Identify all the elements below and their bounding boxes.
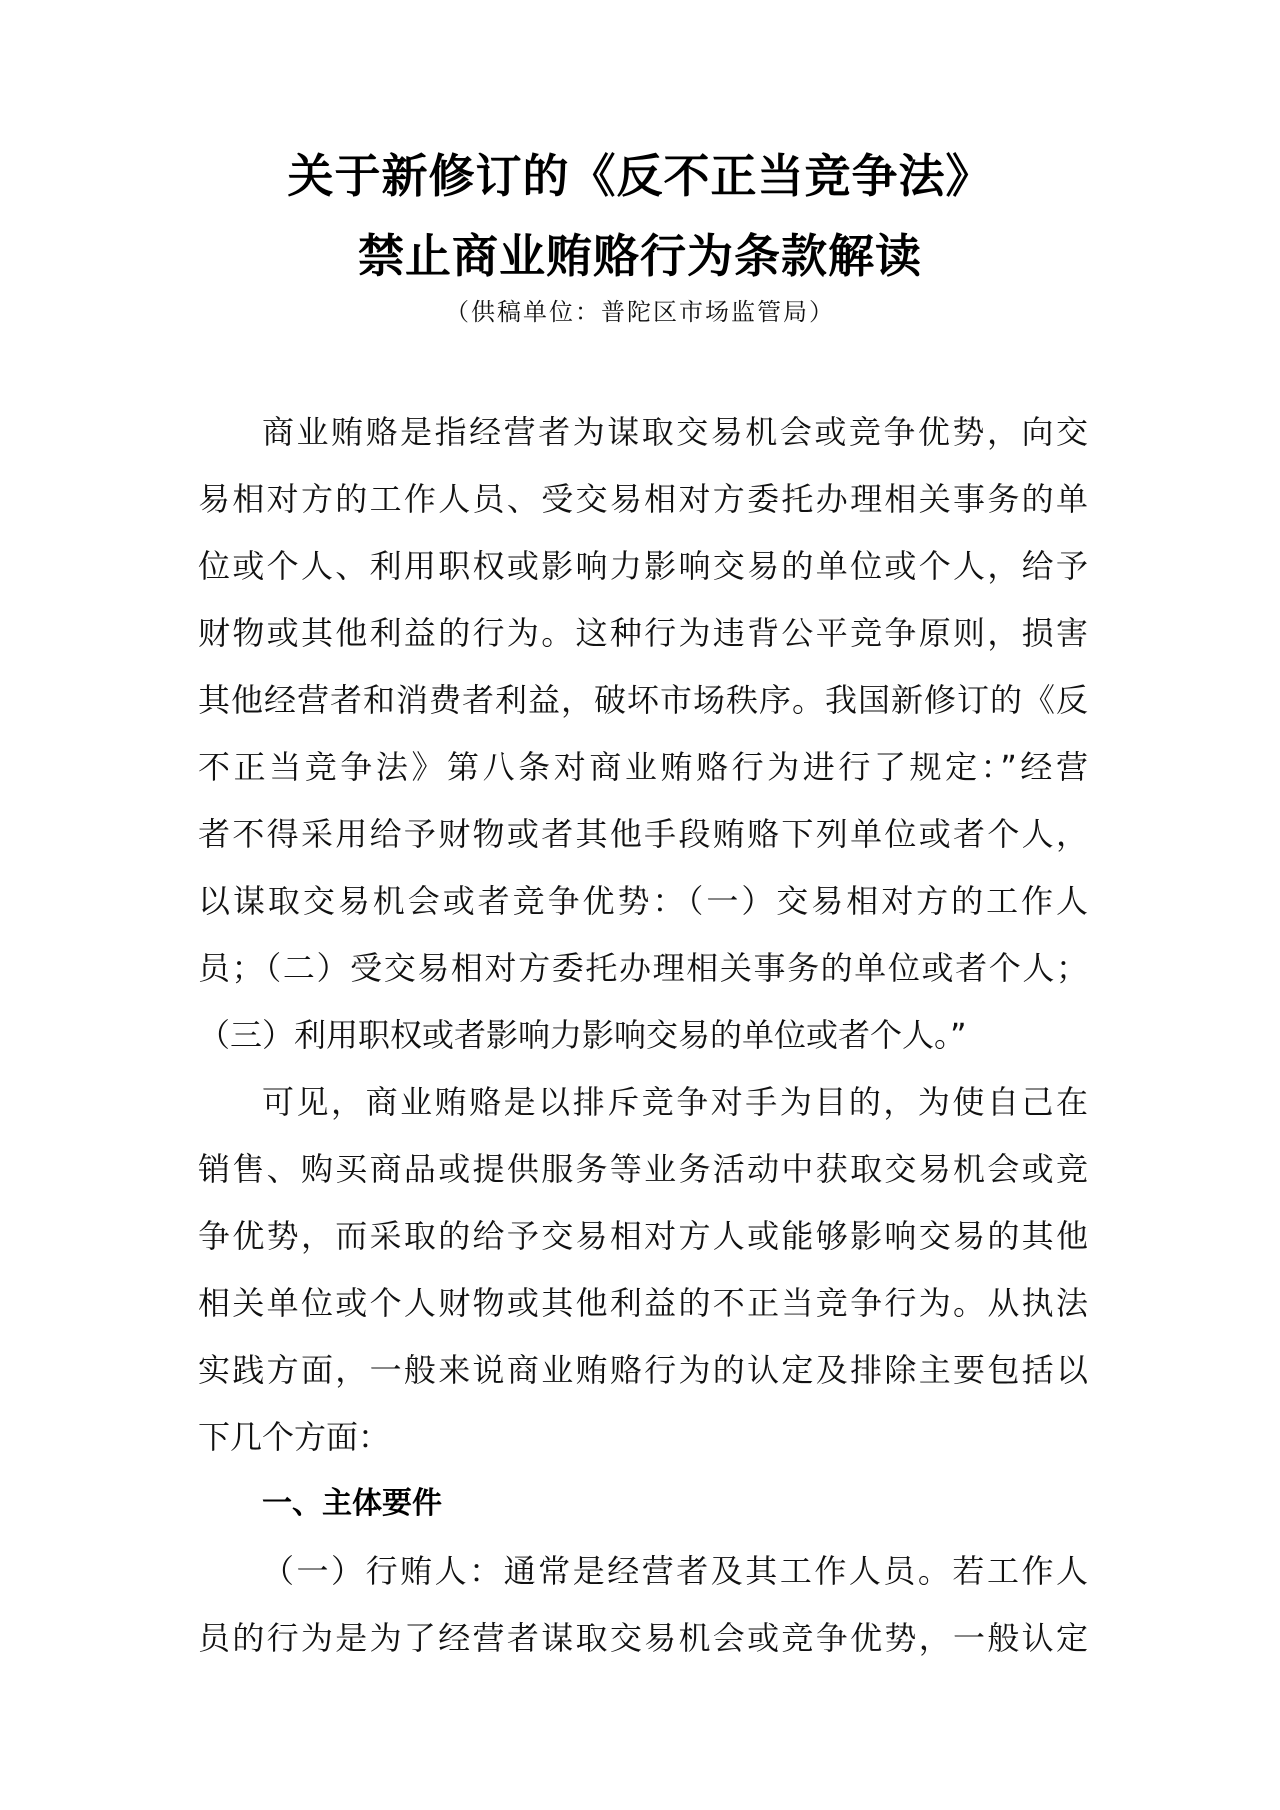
section-heading: 一、主体要件 (262, 1482, 442, 1526)
paragraph-line: 商业贿赂是指经营者为谋取交易机会或竞争优势，向交 (262, 410, 1088, 454)
paragraph-line: 不正当竞争法》第八条对商业贿赂行为进行了规定：”经营 (198, 745, 1088, 789)
document-title-line-2: 禁止商业贿赂行为条款解读 (0, 228, 1280, 284)
paragraph-line: 其他经营者和消费者利益，破坏市场秩序。我国新修订的《反 (198, 678, 1088, 722)
paragraph-line: 下几个方面： (198, 1415, 1088, 1459)
paragraph-line: （三）利用职权或者影响力影响交易的单位或者个人。” (198, 1013, 1088, 1057)
paragraph-line: 位或个人、利用职权或影响力影响交易的单位或个人，给予 (198, 544, 1088, 588)
paragraph-line: （一）行贿人：通常是经营者及其工作人员。若工作人 (262, 1549, 1088, 1593)
paragraph-line: 争优势，而采取的给予交易相对方人或能够影响交易的其他 (198, 1214, 1088, 1258)
paragraph-line: 易相对方的工作人员、受交易相对方委托办理相关事务的单 (198, 477, 1088, 521)
document-page: 关于新修订的《反不正当竞争法》 禁止商业贿赂行为条款解读 （供稿单位：普陀区市场… (0, 0, 1280, 1810)
paragraph-line: 销售、购买商品或提供服务等业务活动中获取交易机会或竞 (198, 1147, 1088, 1191)
paragraph-line: 可见，商业贿赂是以排斥竞争对手为目的，为使自己在 (262, 1080, 1088, 1124)
paragraph-line: 者不得采用给予财物或者其他手段贿赂下列单位或者个人， (198, 812, 1088, 856)
paragraph-line: 员的行为是为了经营者谋取交易机会或竞争优势，一般认定 (198, 1616, 1088, 1660)
paragraph-line: 以谋取交易机会或者竞争优势：（一）交易相对方的工作人 (198, 879, 1088, 923)
paragraph-line: 财物或其他利益的行为。这种行为违背公平竞争原则，损害 (198, 611, 1088, 655)
paragraph-line: 员；（二）受交易相对方委托办理相关事务的单位或者个人； (198, 946, 1088, 990)
paragraph-line: 相关单位或个人财物或其他利益的不正当竞争行为。从执法 (198, 1281, 1088, 1325)
document-source: （供稿单位：普陀区市场监管局） (0, 296, 1280, 328)
document-title-line-1: 关于新修订的《反不正当竞争法》 (0, 148, 1280, 204)
paragraph-line: 实践方面，一般来说商业贿赂行为的认定及排除主要包括以 (198, 1348, 1088, 1392)
